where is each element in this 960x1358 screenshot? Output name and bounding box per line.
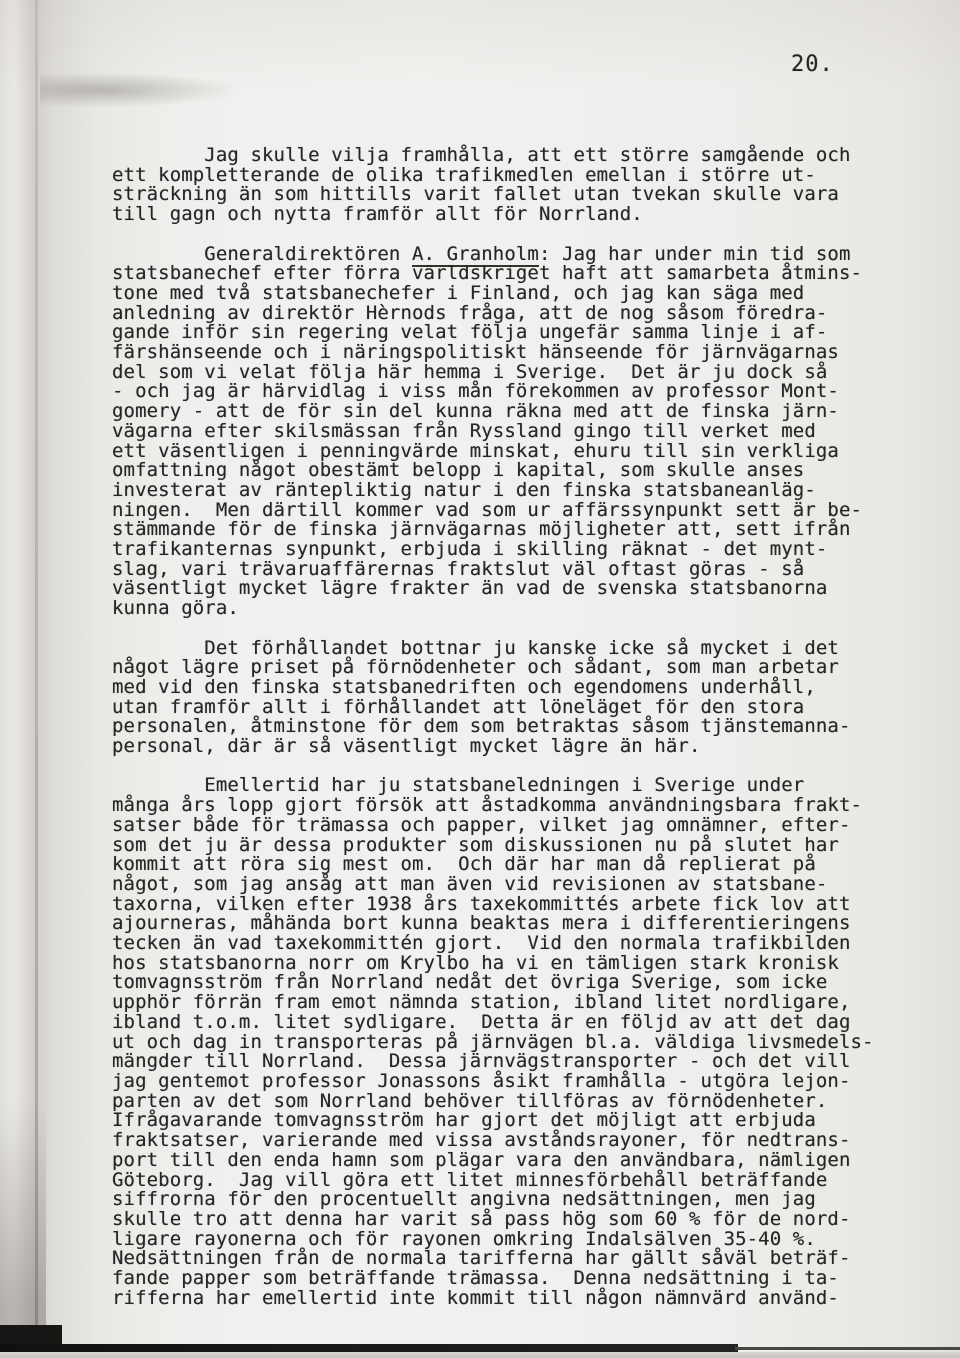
- text-line: siffrorna för den procentuellt angivna n…: [112, 1190, 887, 1210]
- text-line: rifferna har emellertid inte kommit till…: [112, 1289, 887, 1309]
- text-line: gomery - att de för sin del kunna räkna …: [112, 402, 887, 422]
- paragraph-granholm-statement: Generaldirektören A. Granholm: Jag har u…: [112, 245, 887, 619]
- text-line: vägarna efter skilsmässan från Ryssland …: [112, 422, 887, 442]
- text-line: jag gentemot professor Jonassons åsikt f…: [112, 1072, 887, 1092]
- scan-artifact-bar-extension: [735, 1347, 960, 1350]
- text-line: tecken än vad taxekommittén gjort. Vid d…: [112, 934, 887, 954]
- text-line: kommit att röra sig mest om. Och där har…: [112, 855, 887, 875]
- text-line: statsbanechef efter förra världskriget h…: [112, 264, 887, 284]
- text-line: kunna göra.: [112, 599, 887, 619]
- paragraph-intro: Jag skulle vilja framhålla, att ett stör…: [112, 146, 887, 225]
- binding-bottom-shadow: [0, 1100, 46, 1358]
- text-line: ibland t.o.m. litet sydligare. Detta är …: [112, 1013, 887, 1033]
- text-line: skulle tro att denna har varit så pass h…: [112, 1210, 887, 1230]
- text-line: investerat av räntepliktig natur i den f…: [112, 481, 887, 501]
- scan-bottom-edge: [0, 1352, 960, 1358]
- scan-artifact-black-bar: [0, 1344, 738, 1352]
- text-line: tone med två statsbanechefer i Finland, …: [112, 284, 887, 304]
- text-line: upphör förrän fram emot nämnda station, …: [112, 993, 887, 1013]
- text-block: Jag skulle vilja framhålla, att ett stör…: [112, 146, 887, 1308]
- text-line: till gagn och nytta framför allt för Nor…: [112, 205, 887, 225]
- text-line: satser både för trämassa och papper, vil…: [112, 816, 887, 836]
- text-line: något lägre priset på förnödenheter och …: [112, 658, 887, 678]
- text-line: trafikanternas synpunkt, erbjuda i skill…: [112, 540, 887, 560]
- scanned-document-page: 20. Jag skulle vilja framhålla, att ett …: [0, 0, 960, 1358]
- text-line: många års lopp gjort försök att åstadkom…: [112, 796, 887, 816]
- page-number: 20.: [791, 52, 834, 77]
- text-line: port till den enda hamn som plägar vara …: [112, 1151, 887, 1171]
- text-line: färshänseende och i näringspolitiskt hän…: [112, 343, 887, 363]
- text-line: omfattning något obestämt belopp i kapit…: [112, 461, 887, 481]
- paragraph-wage-levels: Det förhållandet bottnar ju kanske icke …: [112, 639, 887, 757]
- text-line: fande papper som beträffande trämassa. D…: [112, 1269, 887, 1289]
- paragraph-freight-rates: Emellertid har ju statsbaneledningen i S…: [112, 776, 887, 1308]
- text-line: med vid den finska statsbanedriften och …: [112, 678, 887, 698]
- text-line: fraktsatser, varierande med vissa avstån…: [112, 1131, 887, 1151]
- binding-smudge: [40, 72, 240, 108]
- text-line: något, som jag ansåg att man även vid re…: [112, 875, 887, 895]
- paragraph-granholm-lines: statsbanechef efter förra världskriget h…: [112, 264, 887, 619]
- text-line: Jag skulle vilja framhålla, att ett stör…: [112, 146, 887, 166]
- text-line: personal, där är så väsentligt mycket lä…: [112, 737, 887, 757]
